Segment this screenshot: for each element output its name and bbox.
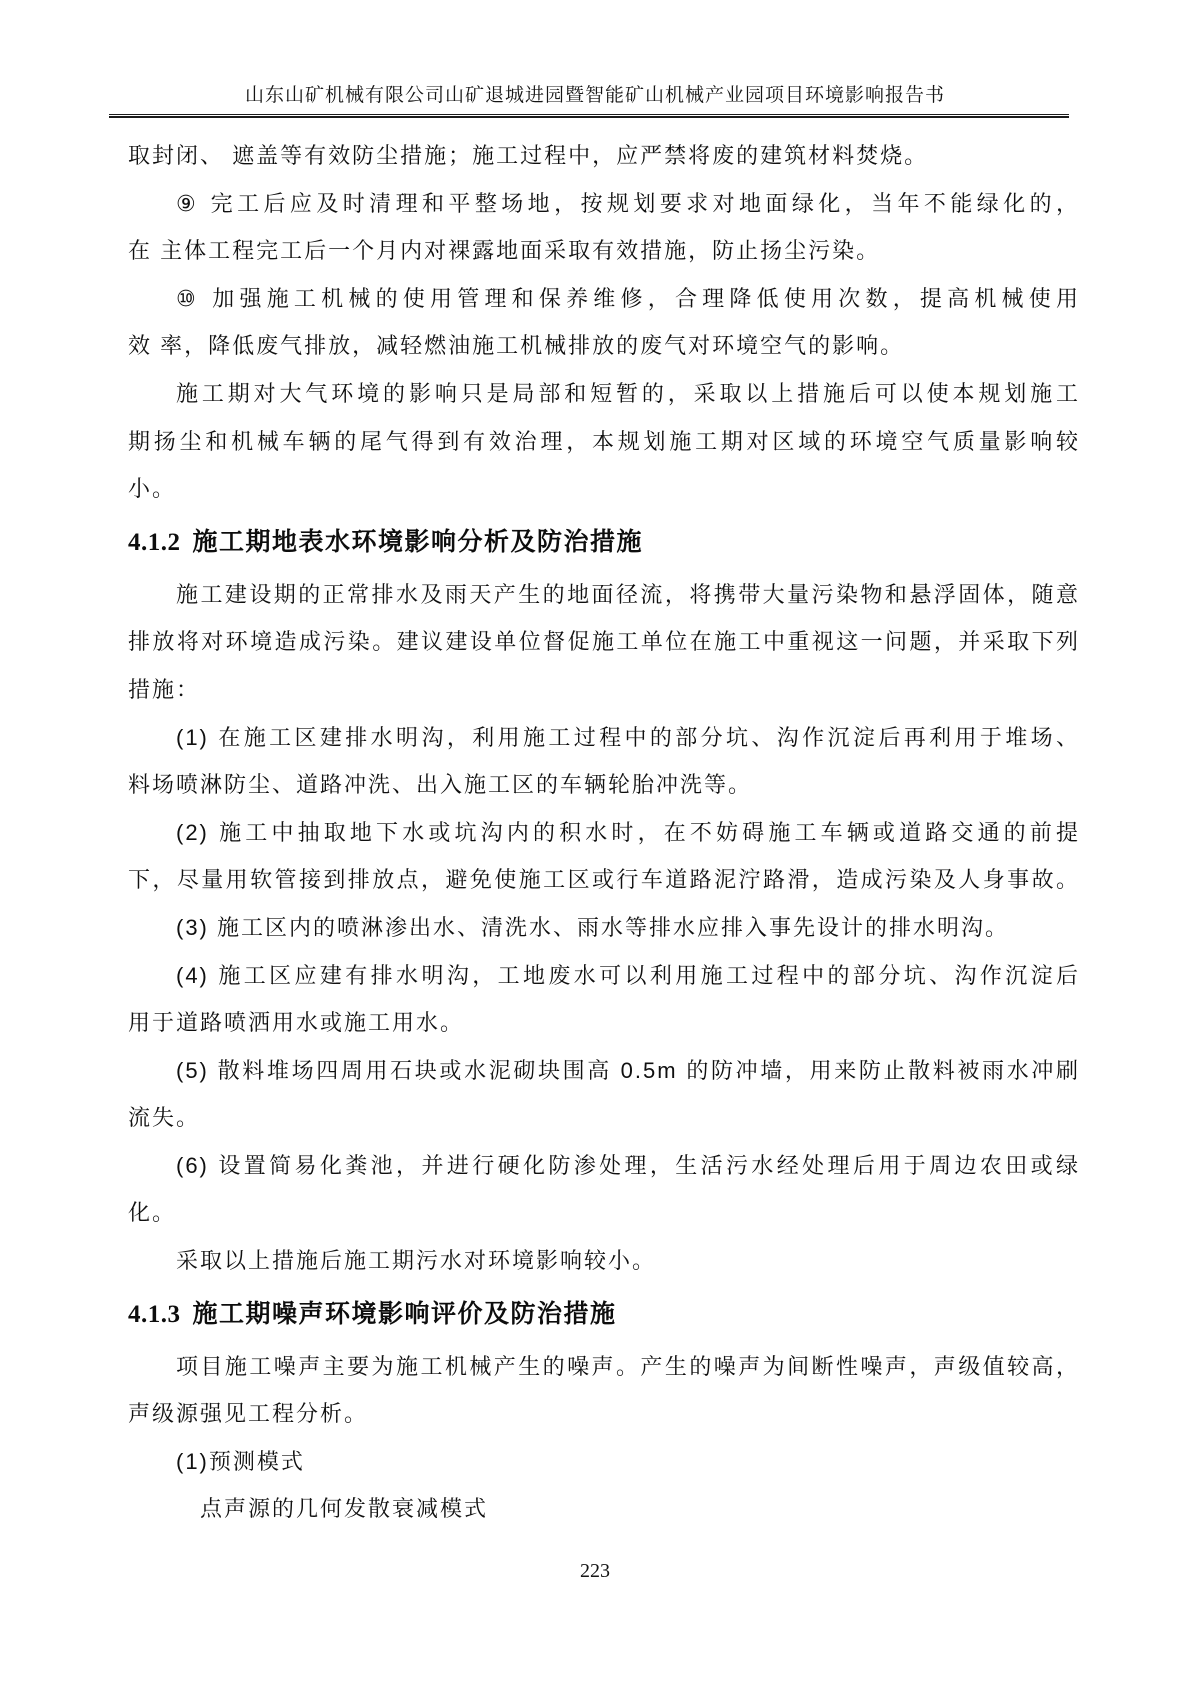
doc-header: 山东山矿机械有限公司山矿退城进园暨智能矿山机械产业园项目环境影响报告书 <box>0 0 1190 118</box>
heading-text: 施工期地表水环境影响分析及防治措施 <box>193 528 644 556</box>
text-line: 声级源强见工程分析。 <box>128 1390 1080 1438</box>
text-line: 下，尽量用软管接到排放点，避免使施工区或行车道路泥泞路滑，造成污染及人身事故。 <box>128 856 1080 904</box>
heading-number: 4.1.2 <box>128 529 181 556</box>
text-line: 措施： <box>128 666 1080 714</box>
doc-body: 取封闭、 遮盖等有效防尘措施；施工过程中，应严禁将废的建筑材料焚烧。⑨ 完工后应… <box>128 132 1080 1533</box>
footer: 223 <box>0 1560 1190 1583</box>
text-line: (6) 设置简易化粪池，并进行硬化防渗处理，生活污水经处理后用于周边农田或绿 <box>128 1142 1080 1190</box>
text-line: 项目施工噪声主要为施工机械产生的噪声。产生的噪声为间断性噪声，声级值较高， <box>128 1343 1080 1391</box>
text-line: 化。 <box>128 1189 1080 1237</box>
text-line: 采取以上措施后施工期污水对环境影响较小。 <box>128 1237 1080 1285</box>
header-title: 山东山矿机械有限公司山矿退城进园暨智能矿山机械产业园项目环境影响报告书 <box>0 84 1190 108</box>
text-line: (3) 施工区内的喷淋渗出水、清洗水、雨水等排水应排入事先设计的排水明沟。 <box>128 904 1080 952</box>
document-page: 山东山矿机械有限公司山矿退城进园暨智能矿山机械产业园项目环境影响报告书 取封闭、… <box>0 0 1190 1683</box>
text-line: 点声源的几何发散衰减模式 <box>128 1485 1080 1533</box>
text-line: ⑨ 完工后应及时清理和平整场地，按规划要求对地面绿化，当年不能绿化的， <box>128 180 1080 228</box>
text-line: 用于道路喷洒用水或施工用水。 <box>128 999 1080 1047</box>
text-line: 排放将对环境造成污染。建议建设单位督促施工单位在施工中重视这一问题，并采取下列 <box>128 618 1080 666</box>
text-line: 取封闭、 遮盖等有效防尘措施；施工过程中，应严禁将废的建筑材料焚烧。 <box>128 132 1080 180</box>
text-line: 在 主体工程完工后一个月内对裸露地面采取有效措施，防止扬尘污染。 <box>128 227 1080 275</box>
text-line: (2) 施工中抽取地下水或坑沟内的积水时，在不妨碍施工车辆或道路交通的前提 <box>128 809 1080 857</box>
text-line: (1)预测模式 <box>128 1438 1080 1486</box>
header-rule <box>109 114 1069 118</box>
text-line: 料场喷淋防尘、道路冲洗、出入施工区的车辆轮胎冲洗等。 <box>128 761 1080 809</box>
page-number: 223 <box>580 1560 610 1582</box>
text-line: 流失。 <box>128 1094 1080 1142</box>
text-line: 效 率，降低废气排放，减轻燃油施工机械排放的废气对环境空气的影响。 <box>128 322 1080 370</box>
heading-number: 4.1.3 <box>128 1301 181 1328</box>
text-line: (1) 在施工区建排水明沟，利用施工过程中的部分坑、沟作沉淀后再利用于堆场、 <box>128 714 1080 762</box>
text-line: (4) 施工区应建有排水明沟，工地废水可以利用施工过程中的部分坑、沟作沉淀后 <box>128 952 1080 1000</box>
section-heading: 4.1.3施工期噪声环境影响评价及防治措施 <box>128 1287 1080 1342</box>
text-line: (5) 散料堆场四周用石块或水泥砌块围高 0.5m 的防冲墙，用来防止散料被雨水… <box>128 1047 1080 1095</box>
heading-text: 施工期噪声环境影响评价及防治措施 <box>193 1300 617 1328</box>
text-line: 期扬尘和机械车辆的尾气得到有效治理，本规划施工期对区域的环境空气质量影响较 <box>128 418 1080 466</box>
text-line: 施工建设期的正常排水及雨天产生的地面径流，将携带大量污染物和悬浮固体，随意 <box>128 571 1080 619</box>
text-line: 施工期对大气环境的影响只是局部和短暂的，采取以上措施后可以使本规划施工 <box>128 370 1080 418</box>
text-line: ⑩ 加强施工机械的使用管理和保养维修，合理降低使用次数，提高机械使用 <box>128 275 1080 323</box>
section-heading: 4.1.2施工期地表水环境影响分析及防治措施 <box>128 515 1080 570</box>
text-line: 小。 <box>128 465 1080 513</box>
